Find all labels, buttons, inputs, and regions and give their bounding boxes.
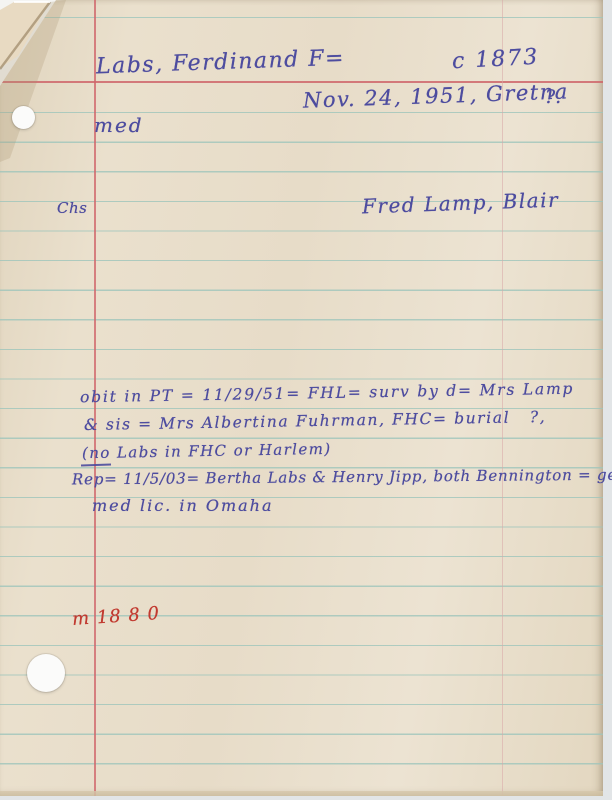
paper-bottom-edge	[0, 791, 603, 796]
scanned-card: Labs, Ferdinand F= c 1873 Nov. 24, 1951,…	[0, 0, 612, 800]
death-query-mark: ?.	[545, 86, 561, 109]
folded-corner	[0, 0, 110, 200]
children-label: Chs	[57, 199, 87, 217]
hole-punch-top	[12, 106, 35, 129]
birth-year-entry: c 1873	[451, 45, 540, 76]
occupation-note: med	[94, 113, 144, 137]
hole-punch-bottom	[27, 654, 65, 692]
report-note-line-5: med lic. in Omaha	[92, 496, 274, 515]
